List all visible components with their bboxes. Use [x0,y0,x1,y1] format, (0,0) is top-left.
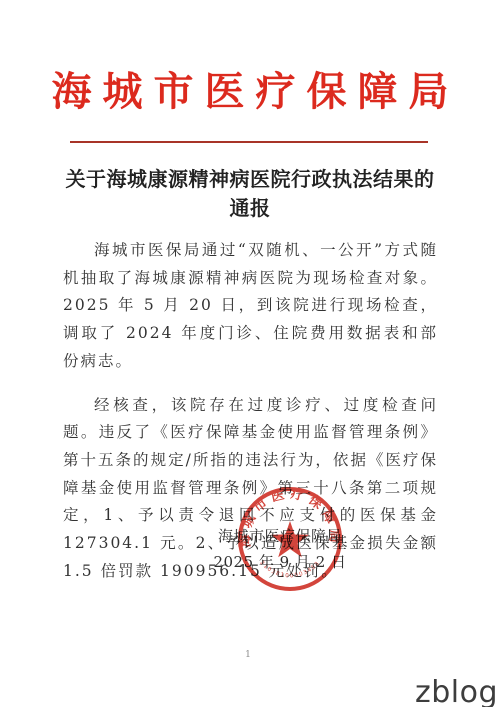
seal-serial-number: 21038100003468 [258,560,321,579]
page-number: 1 [0,650,496,660]
document-title: 关于海城康源精神病医院行政执法结果的 通报 [35,165,465,223]
document-page: 海城市医疗保障局 关于海城康源精神病医院行政执法结果的 通报 海城市医保局通过“… [0,0,500,707]
official-seal-icon: 海城市医疗保障局 21038100003468 [235,484,345,594]
seal-star-icon [271,521,309,557]
document-title-line2: 通报 [35,194,465,223]
letterhead-divider [70,141,428,143]
document-title-line1: 关于海城康源精神病医院行政执法结果的 [35,165,465,194]
zblog-watermark: zblog [415,678,498,707]
body-paragraph: 海城市医保局通过“双随机、一公开”方式随机抽取了海城康源精神病医院为现场检查对象… [63,237,438,376]
letterhead-title: 海城市医疗保障局 [0,66,500,118]
svg-text:21038100003468: 21038100003468 [258,560,321,579]
